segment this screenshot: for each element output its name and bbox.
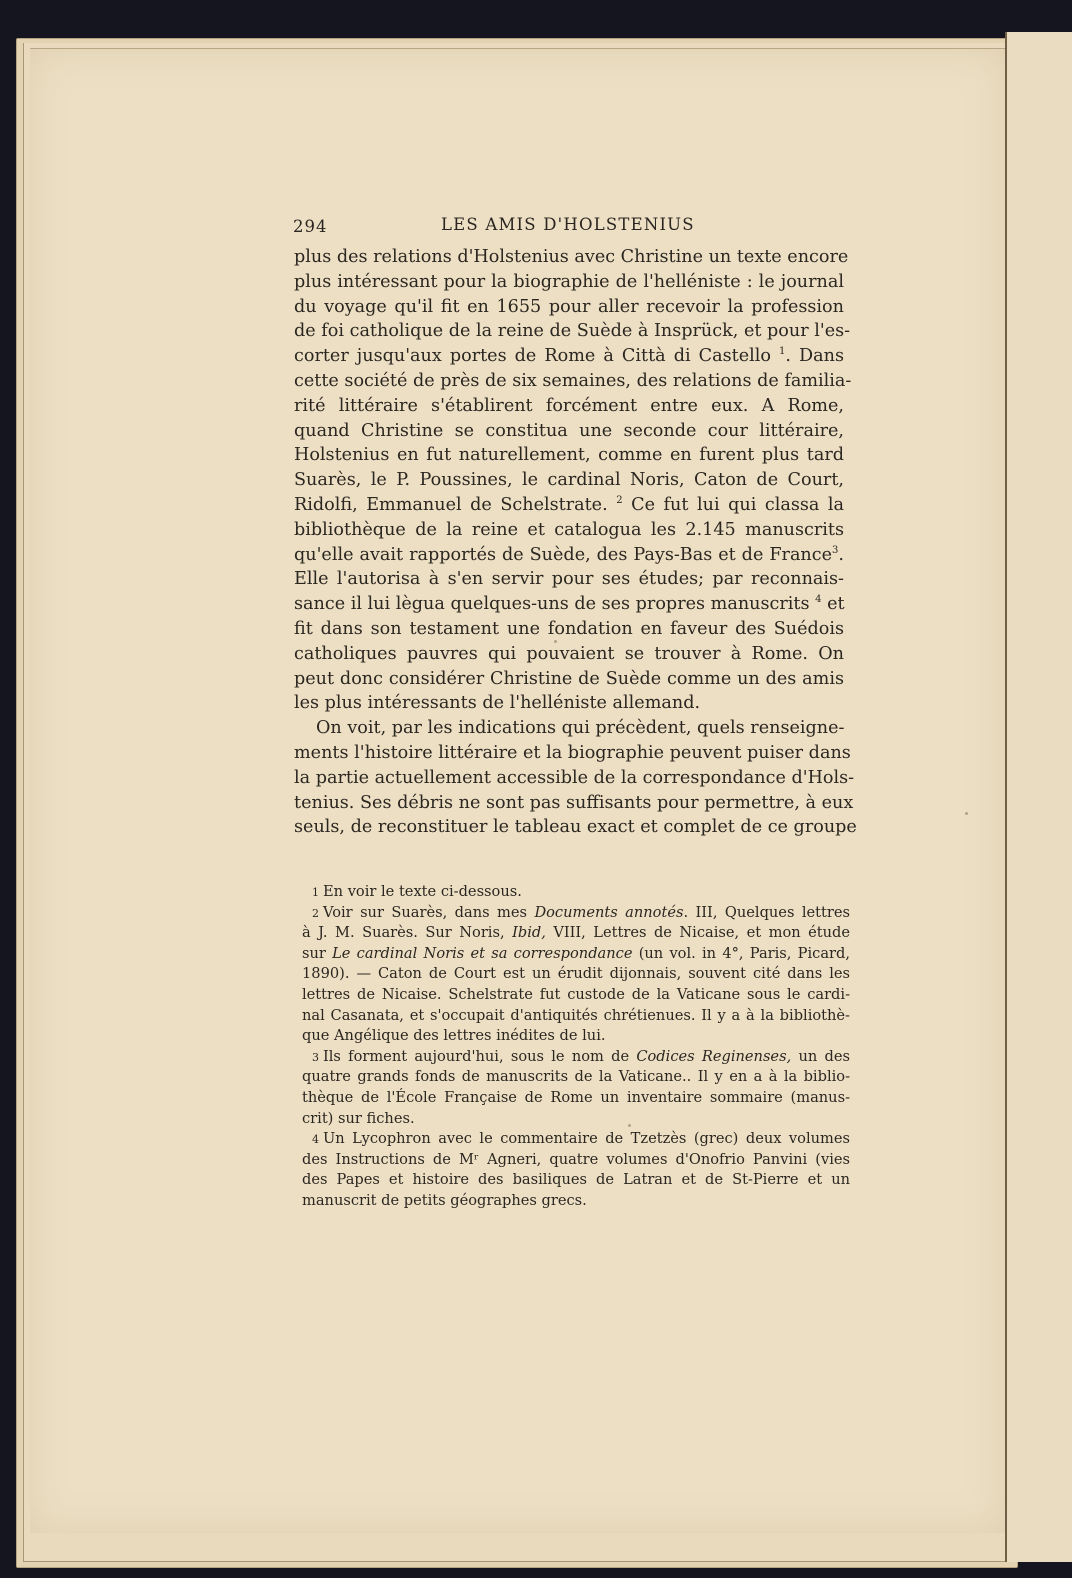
text-line: ments l'histoire littéraire et la biogra… [294, 741, 844, 766]
text-line: fit dans son testament une fondation en … [294, 617, 844, 642]
footnote-line: 1890). — Caton de Court est un érudit di… [302, 964, 850, 985]
footnote-number: 4 [312, 1133, 319, 1146]
text-line: bibliothèque de la reine et catalogua le… [294, 518, 844, 543]
footnote-line: que Angélique des lettres inédites de lu… [302, 1026, 850, 1047]
footnote-line: des Papes et histoire des basiliques de … [302, 1170, 850, 1191]
text-line: catholiques pauvres qui pouvaient se tro… [294, 642, 844, 667]
text-line: qu'elle avait rapportés de Suède, des Pa… [294, 543, 844, 568]
footnote-1: 1En voir le texte ci-dessous. [302, 882, 850, 903]
text-line: On voit, par les indications qui précède… [294, 716, 844, 741]
text-line: la partie actuellement accessible de la … [294, 766, 844, 791]
footnote-ref-3[interactable]: 3 [832, 545, 838, 556]
text-line: les plus intéressants de l'helléniste al… [294, 691, 844, 716]
footnote-line: manuscrit de petits géographes grecs. [302, 1191, 850, 1212]
footnote-line: sur Le cardinal Noris et sa correspondan… [302, 944, 850, 965]
facing-page-edge [1005, 32, 1072, 1562]
footnote-3: 3Ils forment aujourd'hui, sous le nom de… [302, 1047, 850, 1068]
text-line: plus des relations d'Holstenius avec Chr… [294, 245, 844, 270]
text-line: plus intéressant pour la biographie de l… [294, 270, 844, 295]
text-line: corter jusqu'aux portes de Rome à Città … [294, 344, 844, 369]
footnote-line: lettres de Nicaise. Schelstrate fut cust… [302, 985, 850, 1006]
footnote-line: thèque de l'École Française de Rome un i… [302, 1088, 850, 1109]
text-line: du voyage qu'il fit en 1655 pour aller r… [294, 295, 844, 320]
text-line: quand Christine se constitua une seconde… [294, 419, 844, 444]
footnote-number: 3 [312, 1051, 319, 1064]
text-line: cette société de près de six semaines, d… [294, 369, 844, 394]
footnote-4: 4Un Lycophron avec le commentaire de Tze… [302, 1129, 850, 1150]
footnote-line: quatre grands fonds de manuscrits de la … [302, 1067, 850, 1088]
footnote-line: des Instructions de Mʳ Agneri, quatre vo… [302, 1150, 850, 1171]
text-line: seuls, de reconstituer le tableau exact … [294, 815, 844, 840]
footnote-number: 1 [312, 886, 319, 899]
text-line: tenius. Ses débris ne sont pas suffisant… [294, 791, 844, 816]
footnote-line: à J. M. Suarès. Sur Noris, Ibid, VIII, L… [302, 923, 850, 944]
footnote-2: 2Voir sur Suarès, dans mes Documents ann… [302, 903, 850, 924]
text-line: Suarès, le P. Poussines, le cardinal Nor… [294, 468, 844, 493]
text-line: Holstenius en fut naturellement, comme e… [294, 443, 844, 468]
paper-speck [554, 640, 557, 643]
text-line: de foi catholique de la reine de Suède à… [294, 319, 844, 344]
text-line: rité littéraire s'établirent forcément e… [294, 394, 844, 419]
footnote-ref-2[interactable]: 2 [616, 495, 622, 506]
text-line: Ridolfi, Emmanuel de Schelstrate. 2 Ce f… [294, 493, 844, 518]
main-text: plus des relations d'Holstenius avec Chr… [294, 245, 844, 840]
footnote-ref-4[interactable]: 4 [815, 594, 821, 605]
footnotes: 1En voir le texte ci-dessous. 2Voir sur … [302, 882, 850, 1212]
text-line: Elle l'autorisa à s'en servir pour ses é… [294, 567, 844, 592]
footnote-line: crit) sur fiches. [302, 1109, 850, 1130]
footnote-number: 2 [312, 907, 319, 920]
page-header: 294 LES AMIS D'HOLSTENIUS [293, 215, 853, 239]
running-title: LES AMIS D'HOLSTENIUS [441, 215, 695, 234]
paper-speck [965, 812, 968, 815]
text-line: sance il lui lègua quelques-uns de ses p… [294, 592, 844, 617]
page-number: 294 [293, 217, 328, 236]
footnote-line: nal Casanata, et s'occupait d'antiquités… [302, 1006, 850, 1027]
paper-speck [628, 1124, 631, 1127]
text-line: peut donc considérer Christine de Suède … [294, 667, 844, 692]
